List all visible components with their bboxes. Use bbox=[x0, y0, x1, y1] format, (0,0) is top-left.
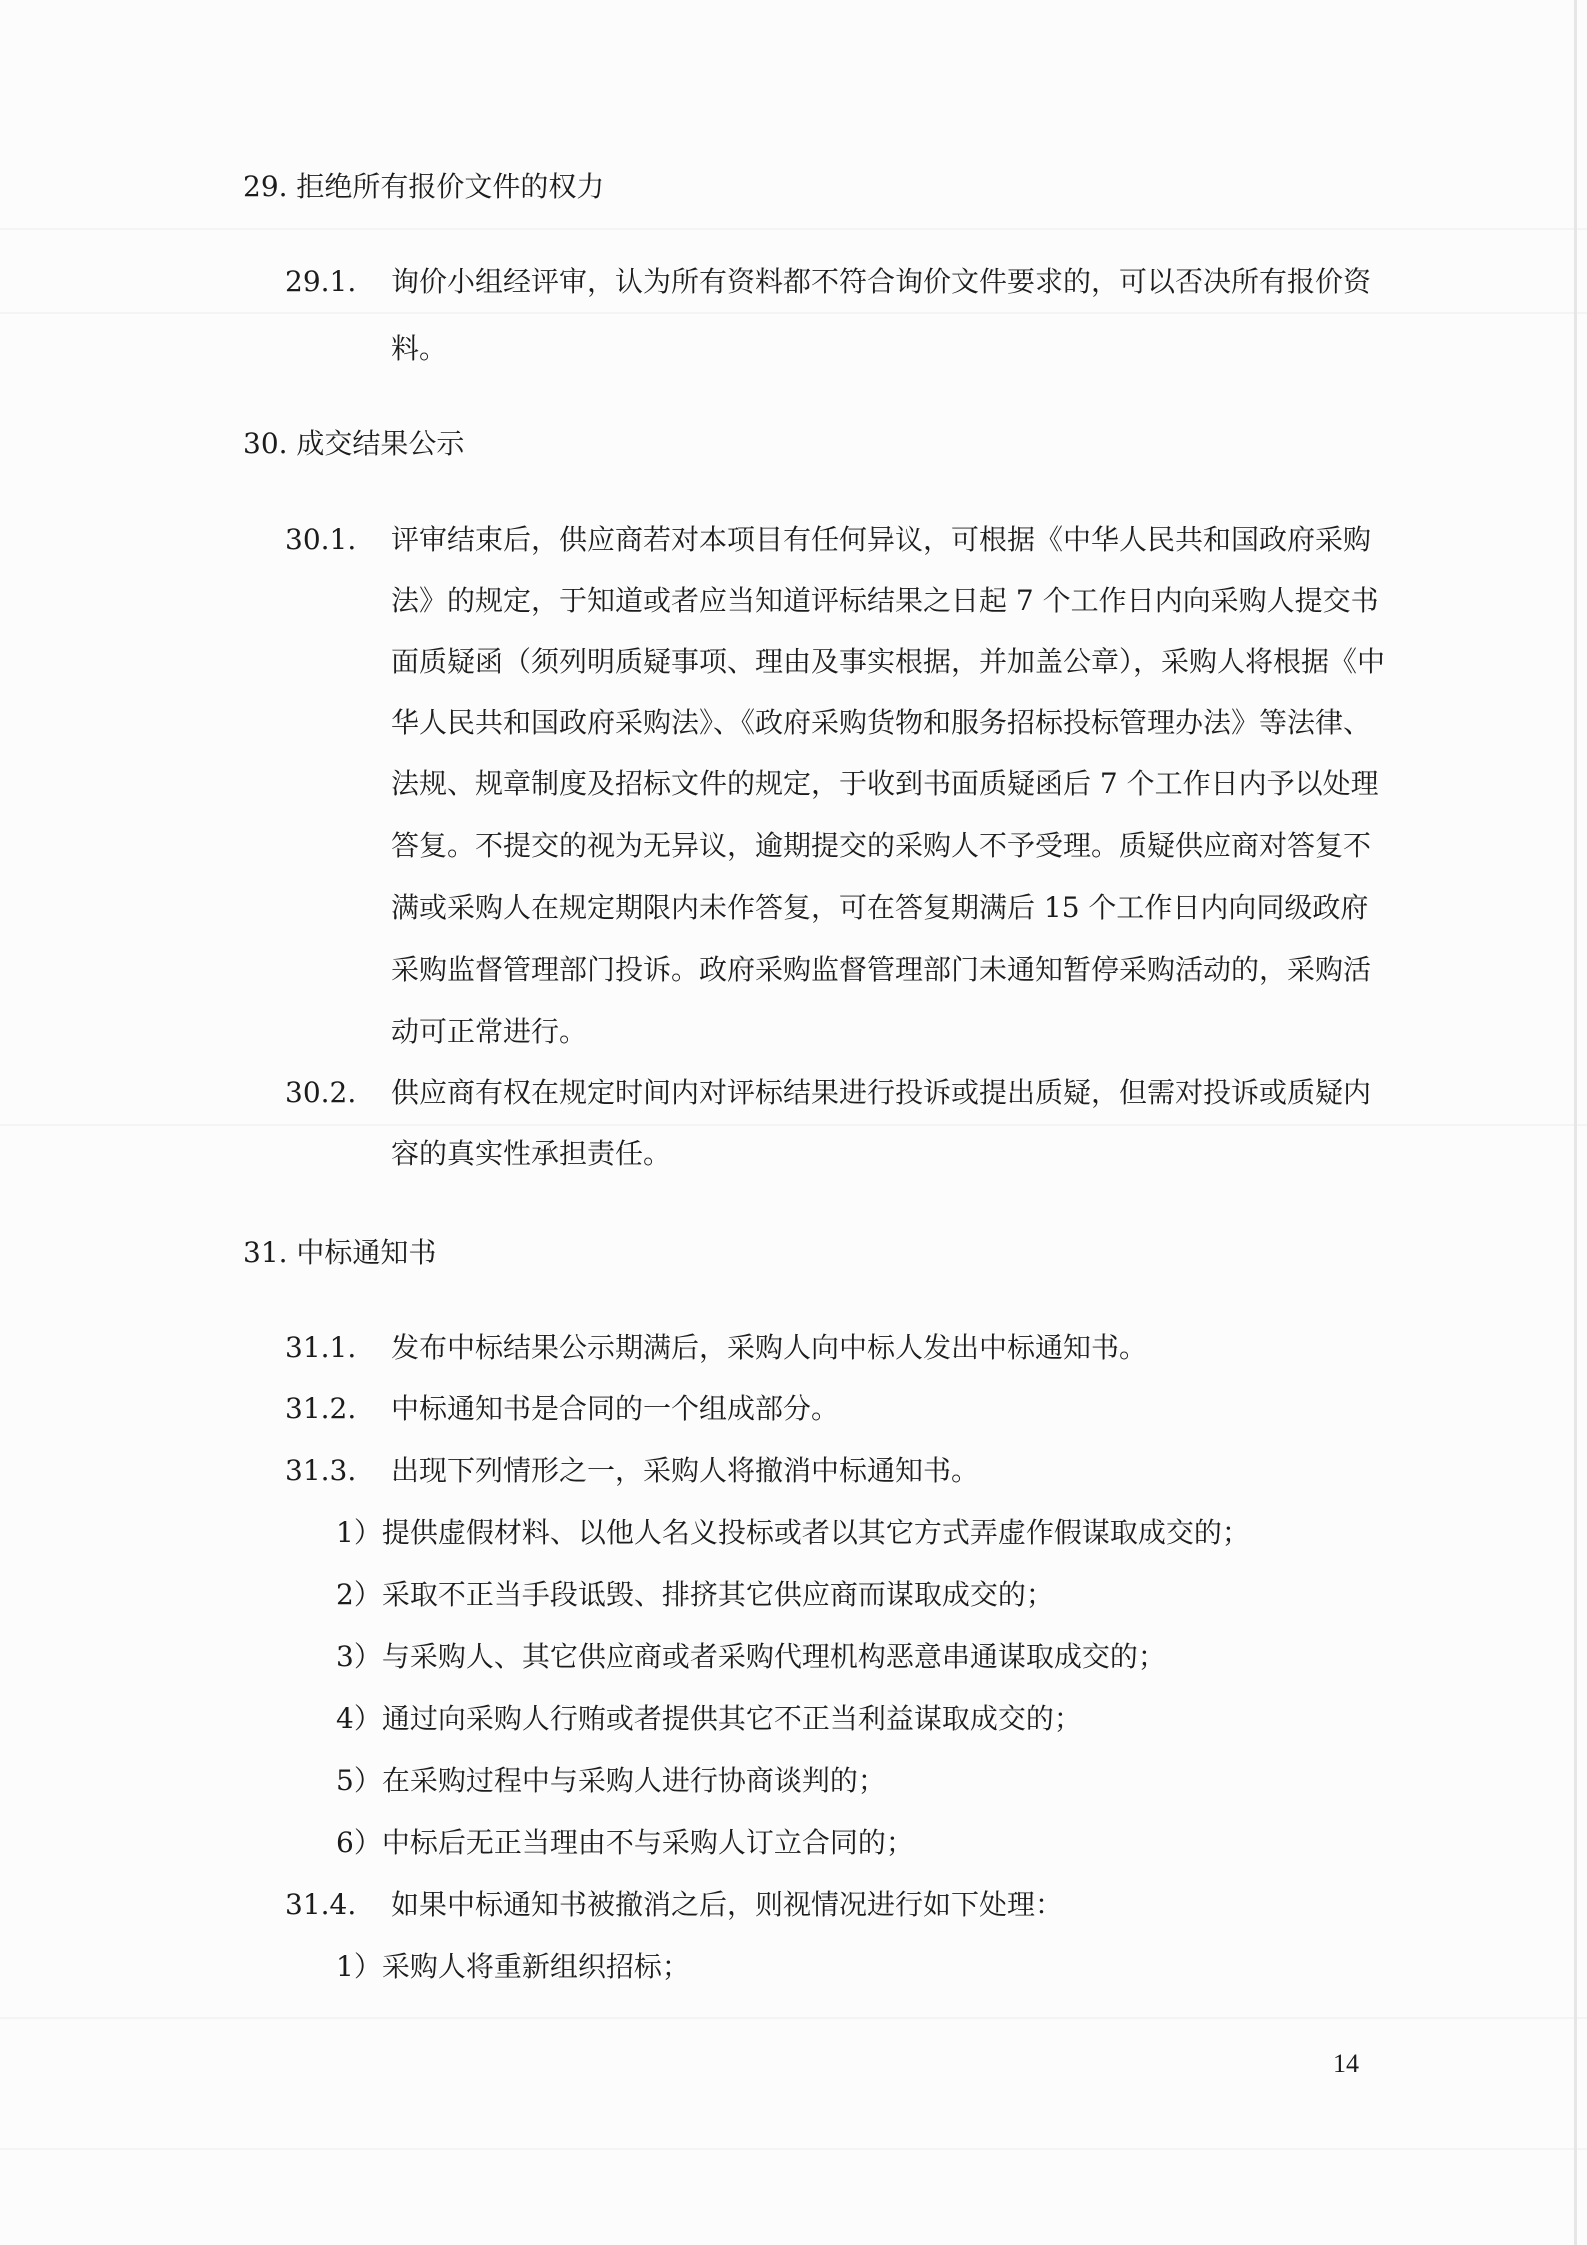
clause-text-line: 满或采购人在规定期限内未作答复，可在答复期满后 15 个工作日内向同级政府 bbox=[391, 888, 1357, 928]
page-edge bbox=[1574, 0, 1577, 2245]
list-item: 1）采购人将重新组织招标； bbox=[336, 1947, 690, 1987]
clause-text-line: 出现下列情形之一，采购人将撤消中标通知书。 bbox=[391, 1451, 1357, 1491]
clause-text-line: 面质疑函（须列明质疑事项、理由及事实根据，并加盖公章），采购人将根据《中 bbox=[391, 642, 1357, 682]
scan-artifact bbox=[0, 312, 1587, 314]
clause-number-31-1: 31.1. bbox=[285, 1328, 356, 1368]
clause-text-line: 动可正常进行。 bbox=[391, 1012, 1357, 1052]
clause-number-31-2: 31.2. bbox=[285, 1389, 356, 1429]
clause-text-line: 采购监督管理部门投诉。政府采购监督管理部门未通知暂停采购活动的，采购活 bbox=[391, 950, 1357, 990]
clause-text-line: 供应商有权在规定时间内对评标结果进行投诉或提出质疑，但需对投诉或质疑内 bbox=[391, 1073, 1357, 1113]
page-number: 14 bbox=[1333, 2044, 1359, 2084]
list-item: 1）提供虚假材料、以他人名义投标或者以其它方式弄虚作假谋取成交的； bbox=[336, 1513, 1250, 1553]
clause-text-line: 答复。不提交的视为无异议，逾期提交的采购人不予受理。质疑供应商对答复不 bbox=[391, 826, 1357, 866]
list-item: 3）与采购人、其它供应商或者采购代理机构恶意串通谋取成交的； bbox=[336, 1637, 1166, 1677]
clause-number-29-1: 29.1. bbox=[285, 262, 356, 302]
list-item: 4）通过向采购人行贿或者提供其它不正当利益谋取成交的； bbox=[336, 1699, 1082, 1739]
clause-number-31-3: 31.3. bbox=[285, 1451, 356, 1491]
clause-number-30-1: 30.1. bbox=[285, 520, 356, 560]
document-page: 29. 拒绝所有报价文件的权力 29.1. 询价小组经评审，认为所有资料都不符合… bbox=[0, 0, 1587, 2245]
clause-text-line: 评审结束后，供应商若对本项目有任何异议，可根据《中华人民共和国政府采购 bbox=[391, 520, 1357, 560]
scan-artifact bbox=[0, 2148, 1587, 2150]
clause-number-30-2: 30.2. bbox=[285, 1073, 356, 1113]
scan-artifact bbox=[0, 228, 1587, 230]
list-item: 5）在采购过程中与采购人进行协商谈判的； bbox=[336, 1761, 886, 1801]
clause-text-line: 华人民共和国政府采购法》、《政府采购货物和服务招标投标管理办法》等法律、 bbox=[391, 703, 1357, 743]
clause-text-line: 料。 bbox=[391, 329, 1357, 369]
clause-text-line: 中标通知书是合同的一个组成部分。 bbox=[391, 1389, 1357, 1429]
section-heading-29: 29. 拒绝所有报价文件的权力 bbox=[243, 167, 604, 207]
clause-text-line: 容的真实性承担责任。 bbox=[391, 1134, 1357, 1174]
list-item: 2）采取不正当手段诋毁、排挤其它供应商而谋取成交的； bbox=[336, 1575, 1054, 1615]
scan-artifact bbox=[0, 1124, 1587, 1126]
clause-text-line: 法》的规定，于知道或者应当知道评标结果之日起 7 个工作日内向采购人提交书 bbox=[391, 581, 1357, 621]
list-item: 6）中标后无正当理由不与采购人订立合同的； bbox=[336, 1823, 914, 1863]
clause-text-line: 法规、规章制度及招标文件的规定，于收到书面质疑函后 7 个工作日内予以处理 bbox=[391, 764, 1357, 804]
clause-number-31-4: 31.4. bbox=[285, 1885, 356, 1925]
clause-text-line: 发布中标结果公示期满后，采购人向中标人发出中标通知书。 bbox=[391, 1328, 1357, 1368]
clause-text-line: 如果中标通知书被撤消之后，则视情况进行如下处理： bbox=[391, 1885, 1357, 1925]
section-heading-31: 31. 中标通知书 bbox=[243, 1233, 436, 1273]
section-heading-30: 30. 成交结果公示 bbox=[243, 424, 464, 464]
clause-text-line: 询价小组经评审，认为所有资料都不符合询价文件要求的，可以否决所有报价资 bbox=[391, 262, 1357, 302]
scan-artifact bbox=[0, 2017, 1587, 2019]
